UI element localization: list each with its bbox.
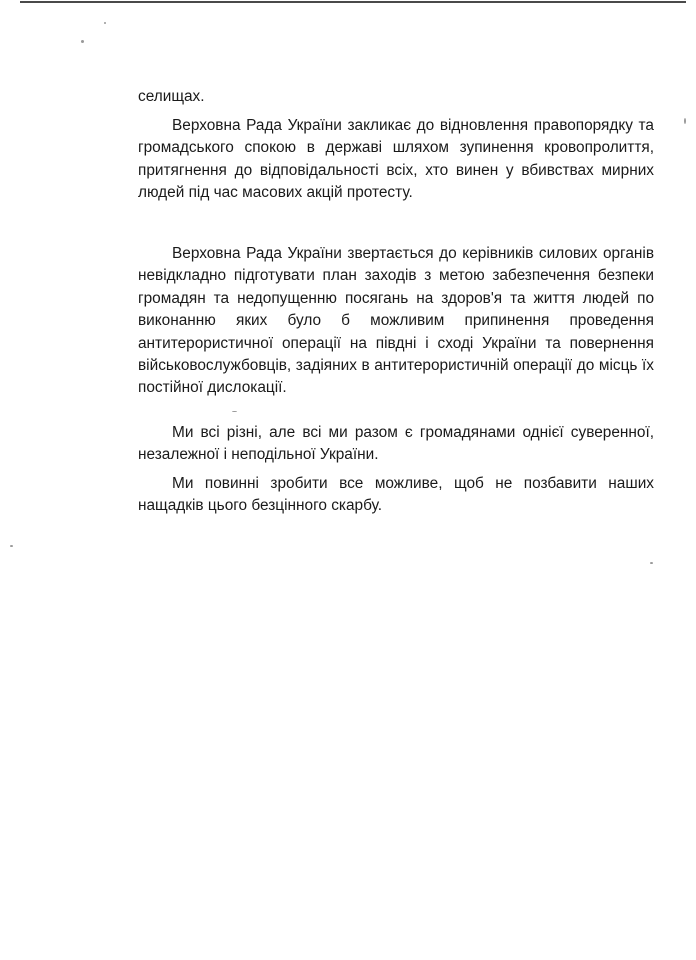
- scan-top-edge-line: [20, 1, 686, 3]
- scan-speck: [10, 545, 13, 547]
- paragraph-continuation: селищах.: [138, 86, 205, 108]
- paragraph-appeal-to-security-agencies: Верховна Рада України звертається до кер…: [138, 243, 654, 400]
- scan-speck: [81, 40, 84, 43]
- scan-speck: [684, 118, 686, 124]
- paragraph-call-for-order: Верховна Рада України закликає до віднов…: [138, 115, 654, 205]
- scan-speck: [232, 411, 237, 412]
- paragraph-preserve-treasure: Ми повинні зробити все можливе, щоб не п…: [138, 473, 654, 518]
- scan-speck: [650, 562, 653, 564]
- scan-speck: [104, 22, 106, 24]
- paragraph-unity: Ми всі різні, але всі ми разом є громадя…: [138, 422, 654, 467]
